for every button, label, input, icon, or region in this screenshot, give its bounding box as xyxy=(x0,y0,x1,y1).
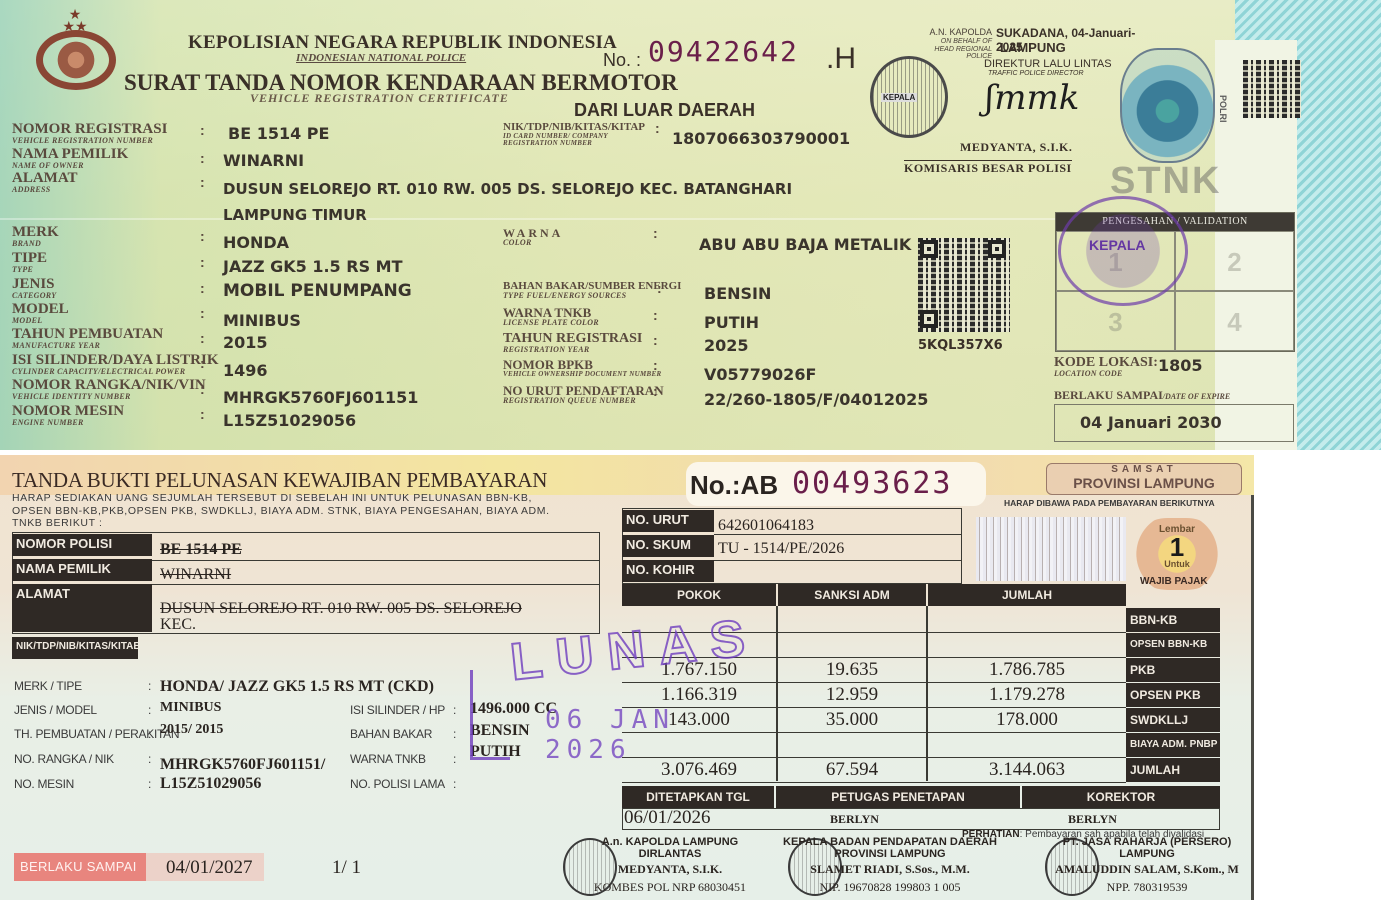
doc-number: 09422642 xyxy=(648,35,799,68)
expiry-label: BERLAKU SAMPAI/DATE OF EXPIRE xyxy=(1054,388,1230,403)
fee-row-label: OPSEN BBN-KB xyxy=(1126,633,1220,657)
model: MINIBUS xyxy=(223,311,301,330)
fee-jumlah: 178.000 xyxy=(928,709,1126,731)
engine-number: L15Z51029056 xyxy=(223,411,356,430)
label-manufacture-year: TAHUN PEMBUATANMANUFACTURE YEAR xyxy=(12,327,163,350)
fee-sanksi: 19.635 xyxy=(778,659,926,681)
jenis-model: MINIBUS xyxy=(160,700,221,716)
receipt-title: TANDA BUKTI PELUNASAN KEWAJIBAN PEMBAYAR… xyxy=(12,468,547,493)
label-no-mesin: NO. MESIN xyxy=(14,777,74,791)
berlaku-sampai: 04/01/2027 xyxy=(166,857,253,879)
col-pokok: POKOK xyxy=(622,584,776,606)
registration-number: BE 1514 PE xyxy=(228,124,329,143)
signatory-bapenda: KEPALA BADAN PENDAPATAN DAERAH PROVINSI … xyxy=(780,836,1000,896)
no-mesin: L15Z51029056 xyxy=(160,775,261,793)
fee-jumlah: 3.144.063 xyxy=(928,759,1126,781)
signatory-dirlantas: A.n. KAPOLDA LAMPUNG DIRLANTAS MEDYANTA,… xyxy=(580,836,760,896)
on-behalf-label: A.N. KAPOLDAON BEHALF OF HEAD REGIONAL P… xyxy=(920,28,992,61)
small-qr-code-icon xyxy=(1243,60,1301,118)
label-category: JENISCATEGORY xyxy=(12,277,57,300)
cylinder-capacity: 1496 xyxy=(223,361,268,380)
label-type: TIPETYPE xyxy=(12,251,47,274)
korektor-name: BERLYN xyxy=(1068,812,1117,827)
fee-row-label: PKB xyxy=(1126,658,1220,682)
plate-color: PUTIH xyxy=(704,313,759,332)
bpkb-number: V05779026F xyxy=(704,365,816,384)
label-vin: NOMOR RANGKA/NIK/VINVEHICLE IDENTITY NUM… xyxy=(12,378,206,401)
petugas-name: BERLYN xyxy=(830,812,879,827)
label-isi-silinder: ISI SILINDER / HP xyxy=(350,703,445,717)
no-skum: TU - 1514/PE/2026 xyxy=(718,540,844,558)
nama-pemilik: WINARNI xyxy=(160,566,231,584)
label-no-polisi-lama: NO. POLISI LAMA xyxy=(350,777,445,791)
fee-jumlah: 1.786.785 xyxy=(928,659,1126,681)
signatory-jasa-raharja: PT. JASA RAHARJA (PERSERO) LAMPUNG AMALU… xyxy=(1040,836,1254,896)
label-nama-pemilik: NAMA PEMILIK xyxy=(12,559,152,581)
label-warna-tnkb: WARNA TNKB xyxy=(350,752,426,766)
label-petugas: PETUGAS PENETAPAN xyxy=(776,786,1020,808)
signature-icon: ʃmmk xyxy=(985,78,1065,128)
no-rangka: MHRGK5760FJ601151/ xyxy=(160,756,325,774)
manufacture-year: 2015 xyxy=(223,333,268,352)
label-merk-tipe: MERK / TIPE xyxy=(14,679,82,693)
label-nomor-polisi: NOMOR POLISI xyxy=(12,534,152,556)
location-code-label: KODE LOKASI:LOCATION CODE xyxy=(1054,356,1158,378)
signatory-name: MEDYANTA, S.I.K. xyxy=(960,140,1072,155)
lunas-stamp-icon: LUNAS 06 JAN 2026 xyxy=(470,610,760,820)
label-nik: NIK/TDP/NIB/KITAS/KITAB xyxy=(12,637,138,659)
fee-row-label: BBN-KB xyxy=(1126,608,1220,632)
merk-tipe: HONDA/ JAZZ GK5 1.5 RS MT (CKD) xyxy=(160,678,434,696)
fuel: BENSIN xyxy=(704,284,771,303)
th-pembuatan: 2015/ 2015 xyxy=(160,722,223,738)
receipt-number: 00493623 xyxy=(792,466,953,501)
label-bahan-bakar: BAHAN BAKAR xyxy=(350,727,432,741)
label-registration-year: TAHUN REGISTRASIREGISTRATION YEAR xyxy=(503,332,642,354)
label-th-pembuatan: TH. PEMBUATAN / PERAKITAN xyxy=(14,727,179,741)
fee-row-label: JUMLAH xyxy=(1126,758,1220,782)
label-no-skum: NO. SKUM xyxy=(622,535,714,557)
fee-row-label: BIAYA ADM. PNBP xyxy=(1126,733,1220,757)
label-bpkb-number: NOMOR BPKBVEHICLE OWNERSHIP DOCUMENT NUM… xyxy=(503,358,661,378)
label-alamat: ALAMAT xyxy=(12,584,152,632)
bring-note: HARAP DIBAWA PADA PEMBAYARAN BERIKUTNYA xyxy=(1004,498,1215,508)
qr-code-icon xyxy=(918,238,1010,332)
receipt-note: HARAP SEDIAKAN UANG SEJUMLAH TERSEBUT DI… xyxy=(12,492,572,530)
fee-jumlah: 1.179.278 xyxy=(928,684,1126,706)
color: ABU ABU BAJA METALIK xyxy=(699,235,911,254)
category: MOBIL PENUMPANG xyxy=(223,281,412,301)
validation-stamp-icon: KEPALA xyxy=(1058,196,1188,306)
col-sanksi: SANKSI ADM xyxy=(778,584,926,606)
label-no-kohir: NO. KOHIR xyxy=(622,560,714,582)
police-emblem-icon: ★★★ xyxy=(30,8,120,90)
fee-sanksi: 67.594 xyxy=(778,759,926,781)
validation-barcode-icon xyxy=(976,517,1126,581)
fee-sanksi: 12.959 xyxy=(778,684,926,706)
brand: HONDA xyxy=(223,233,289,252)
label-engine-number: NOMOR MESINENGINE NUMBER xyxy=(12,404,124,427)
qr-code-text: 5KQL357X6 xyxy=(918,338,1003,353)
queue-number: 22/260-1805/F/04012025 xyxy=(704,390,928,409)
label-queue-number: NO URUT PENDAFTARANREGISTRATION QUEUE NU… xyxy=(503,384,664,405)
label-address: ALAMATADDRESS xyxy=(12,171,78,194)
label-id-number: NIK/TDP/NIB/KITAS/KITAPID CARD NUMBER/ C… xyxy=(503,122,663,147)
province: LAMPUNG xyxy=(1000,40,1066,55)
position: DIREKTUR LALU LINTASTRAFFIC POLICE DIREC… xyxy=(984,58,1112,77)
samsat-badge: SAMSAT PROVINSI LAMPUNG xyxy=(1046,463,1242,495)
sheet-count: 1/ 1 xyxy=(332,857,361,879)
berlaku-sampai-label: BERLAKU SAMPAI xyxy=(14,853,146,881)
hologram-icon xyxy=(1120,48,1215,163)
doc-number-label: No. : xyxy=(603,50,641,71)
nomor-polisi: BE 1514 PE xyxy=(160,541,242,559)
receipt-number-label: No.:AB xyxy=(690,470,778,501)
label-brand: MERKBRAND xyxy=(12,225,59,248)
alamat-line2: KEC. xyxy=(160,616,196,634)
stnk-card: ★★★ KEPOLISIAN NEGARA REPUBLIK INDONESIA… xyxy=(0,0,1381,450)
registration-year: 2025 xyxy=(704,336,749,355)
institution-title: KEPOLISIAN NEGARA REPUBLIK INDONESIA xyxy=(188,32,617,54)
label-cylinder-capacity: ISI SILINDER/DAYA LISTRIKCYLINDER CAPACI… xyxy=(12,353,218,376)
signatory-rank: KOMISARIS BESAR POLISI xyxy=(904,160,1072,176)
location-code: 1805 xyxy=(1158,356,1203,375)
doc-number-suffix: .H xyxy=(826,42,856,76)
no-urut: 642601064183 xyxy=(718,517,814,535)
expiry-date: 04 Januari 2030 xyxy=(1080,413,1222,432)
label-owner-name: NAMA PEMILIKNAME OF OWNER xyxy=(12,147,128,170)
fee-row-label: OPSEN PKB xyxy=(1126,683,1220,707)
label-korektor: KOREKTOR xyxy=(1022,786,1220,808)
vin: MHRGK5760FJ601151 xyxy=(223,388,418,407)
fee-sanksi: 35.000 xyxy=(778,709,926,731)
institution-subtitle: INDONESIAN NATIONAL POLICE xyxy=(296,52,466,64)
official-stamp-icon: KEPALA xyxy=(870,56,948,138)
label-no-urut: NO. URUT xyxy=(622,510,714,532)
label-fuel: BAHAN BAKAR/SUMBER ENERGITYPE FUEL/ENERG… xyxy=(503,281,681,300)
type: JAZZ GK5 1.5 RS MT xyxy=(223,257,403,276)
col-jumlah: JUMLAH xyxy=(928,584,1126,606)
label-registration-number: NOMOR REGISTRASIVEHICLE REGISTRATION NUM… xyxy=(12,122,167,145)
fold-line xyxy=(0,218,1240,220)
address-line1: DUSUN SELOREJO RT. 010 RW. 005 DS. SELOR… xyxy=(223,180,792,198)
owner-name: WINARNI xyxy=(223,151,304,170)
signature-block: A.N. KAPOLDAON BEHALF OF HEAD REGIONAL P… xyxy=(860,26,1150,181)
fee-row-label: SWDKLLJ xyxy=(1126,708,1220,732)
origin-note: DARI LUAR DAERAH xyxy=(574,100,755,121)
label-no-rangka: NO. RANGKA / NIK xyxy=(14,752,114,766)
validation-cell-2: 2 xyxy=(1175,231,1294,291)
label-model: MODELMODEL xyxy=(12,302,69,325)
label-color: WARNACOLOR xyxy=(503,227,563,247)
address-line2: LAMPUNG TIMUR xyxy=(223,206,367,224)
label-plate-color: WARNA TNKBLICENSE PLATE COLOR xyxy=(503,306,599,327)
document-subtitle: VEHICLE REGISTRATION CERTIFICATE xyxy=(250,91,509,106)
alamat-line1: DUSUN SELOREJO RT. 010 RW. 005 DS. SELOR… xyxy=(160,600,522,618)
id-number: 1807066303790001 xyxy=(672,129,850,148)
label-jenis-model: JENIS / MODEL xyxy=(14,703,97,717)
validation-cell-4: 4 xyxy=(1175,291,1294,351)
hologram-text: POLRI xyxy=(1218,95,1228,123)
